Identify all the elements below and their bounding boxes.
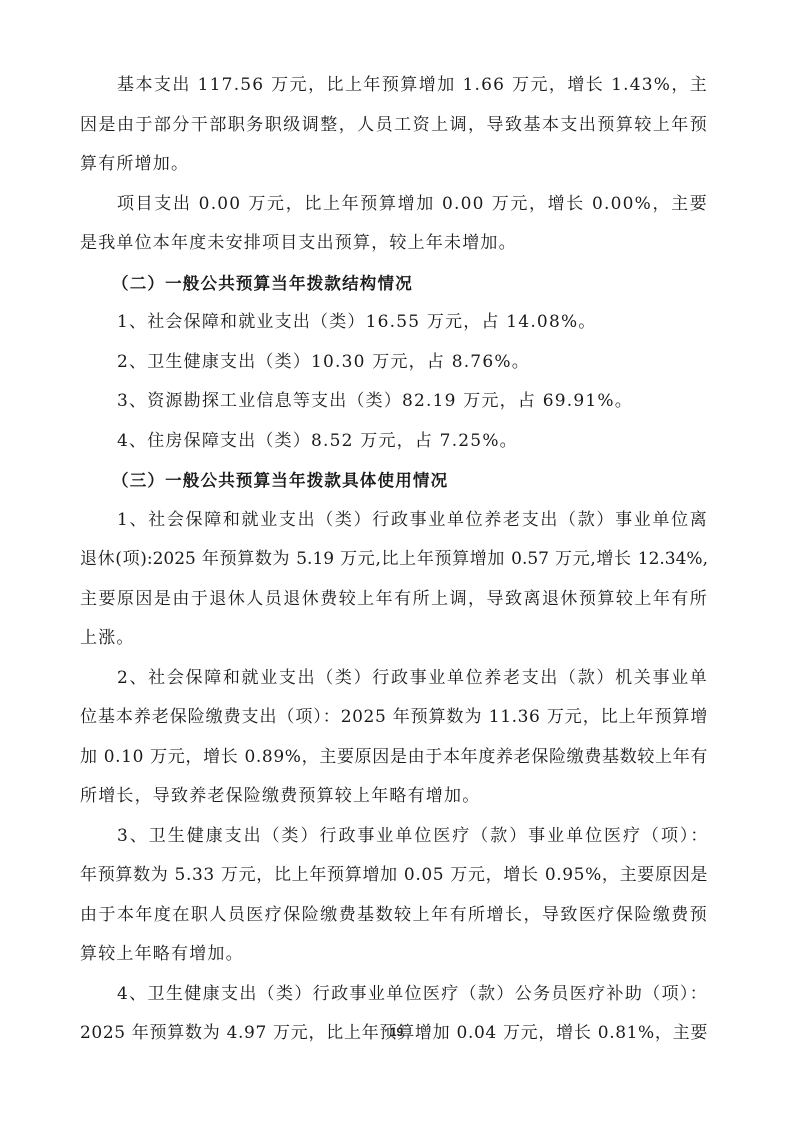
text-line: 是我单位本年度未安排项目支出预算，较上年未增加。 [80,224,708,264]
text-line: 1、社会保障和就业支出（类）行政事业单位养老支出（款）事业单位离 [80,501,708,541]
text-line: 位基本养老保险缴费支出（项）：2025 年预算数为 11.36 万元，比上年预算… [80,698,708,738]
text-line: 所增长，导致养老保险缴费预算较上年略有增加。 [80,777,708,817]
list-item: 4、住房保障支出（类）8.52 万元，占 7.25%。 [80,422,708,462]
list-item: 1、社会保障和就业支出（类）16.55 万元，占 14.08%。 [80,303,708,343]
page-content: 基本支出 117.56 万元，比上年预算增加 1.66 万元，增长 1.43%，… [80,66,708,1054]
usage-item-3: 3、卫生健康支出（类）行政事业单位医疗（款）事业单位医疗（项）：2025 年预算… [80,817,708,975]
text-line: 项目支出 0.00 万元，比上年预算增加 0.00 万元，增长 0.00%，主要… [80,185,708,225]
text-line: 算较上年略有增加。 [80,935,708,975]
text-line: 主要原因是由于退休人员退休费较上年有所上调，导致离退休预算较上年有所 [80,580,708,620]
section-3-heading: （三）一般公共预算当年拨款具体使用情况 [80,461,708,501]
text-line: 因是由于部分干部职务职级调整，人员工资上调，导致基本支出预算较上年预 [80,106,708,146]
usage-item-1: 1、社会保障和就业支出（类）行政事业单位养老支出（款）事业单位离 退休(项):2… [80,501,708,659]
document-page: 基本支出 117.56 万元，比上年预算增加 1.66 万元，增长 1.43%，… [0,0,793,1122]
usage-item-4: 4、卫生健康支出（类）行政事业单位医疗（款）公务员医疗补助（项）： 2025 年… [80,975,708,1054]
text-line: 退休(项):2025 年预算数为 5.19 万元,比上年预算增加 0.57 万元… [80,540,708,580]
text-line: 加 0.10 万元，增长 0.89%，主要原因是由于本年度养老保险缴费基数较上年… [80,738,708,778]
section-2-heading: （二）一般公共预算当年拨款结构情况 [80,264,708,304]
text-line: 算有所增加。 [80,145,708,185]
page-number: 19 [0,1025,793,1039]
text-line: 年预算数为 5.33 万元，比上年预算增加 0.05 万元，增长 0.95%，主… [80,856,708,896]
text-line: 3、卫生健康支出（类）行政事业单位医疗（款）事业单位医疗（项）：2025 [80,817,708,857]
basic-expenditure-paragraph: 基本支出 117.56 万元，比上年预算增加 1.66 万元，增长 1.43%，… [80,66,708,185]
list-item: 3、资源勘探工业信息等支出（类）82.19 万元，占 69.91%。 [80,382,708,422]
text-line: 基本支出 117.56 万元，比上年预算增加 1.66 万元，增长 1.43%，… [80,66,708,106]
text-line: 2、社会保障和就业支出（类）行政事业单位养老支出（款）机关事业单 [80,659,708,699]
structure-list: 1、社会保障和就业支出（类）16.55 万元，占 14.08%。 2、卫生健康支… [80,303,708,461]
project-expenditure-paragraph: 项目支出 0.00 万元，比上年预算增加 0.00 万元，增长 0.00%，主要… [80,185,708,264]
text-line: 4、卫生健康支出（类）行政事业单位医疗（款）公务员医疗补助（项）： [80,975,708,1015]
list-item: 2、卫生健康支出（类）10.30 万元，占 8.76%。 [80,343,708,383]
usage-item-2: 2、社会保障和就业支出（类）行政事业单位养老支出（款）机关事业单 位基本养老保险… [80,659,708,817]
text-line: 上涨。 [80,619,708,659]
text-line: 由于本年度在职人员医疗保险缴费基数较上年有所增长，导致医疗保险缴费预 [80,896,708,936]
